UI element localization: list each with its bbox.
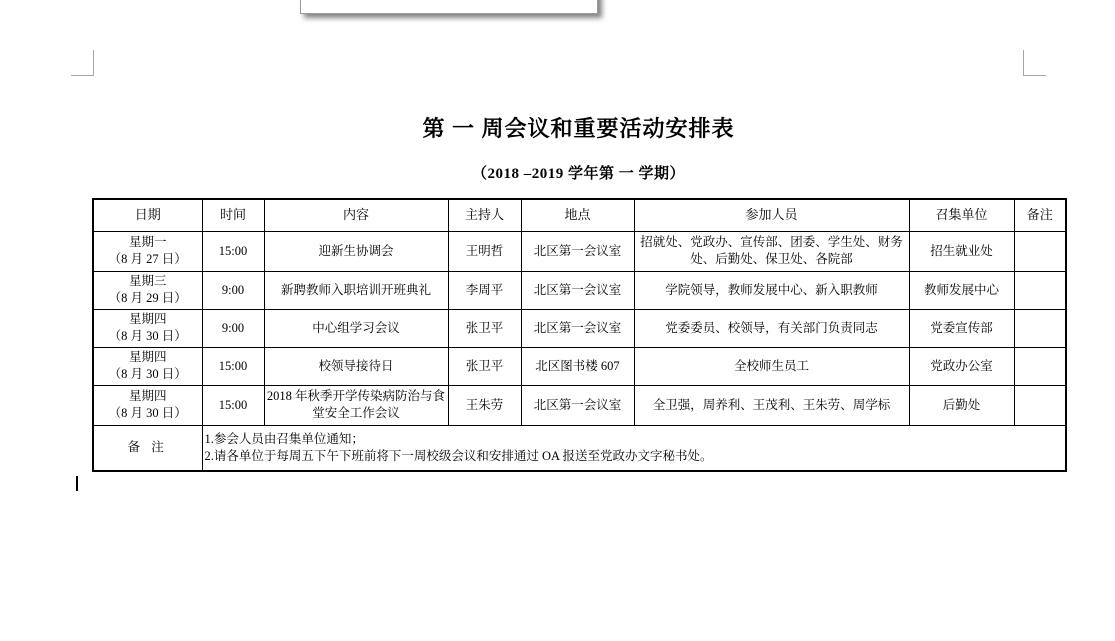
remark-cell[interactable]	[1014, 309, 1066, 347]
header-organizer[interactable]: 召集单位	[909, 199, 1014, 231]
text-cursor	[76, 476, 78, 491]
location-cell[interactable]: 北区第一会议室	[521, 385, 634, 425]
host-cell[interactable]: 王明哲	[448, 231, 521, 271]
margin-crop-mark-left	[71, 50, 94, 76]
date-detail: （8 月 30 日）	[109, 367, 187, 381]
participants-cell[interactable]: 招就处、党政办、宣传部、团委、学生处、财务处、后勤处、保卫处、各院部	[634, 231, 909, 271]
participants-cell[interactable]: 学院领导，教师发展中心、新入职教师	[634, 271, 909, 309]
notes-row: 备 注 1.参会人员由召集单位通知； 2.请各单位于每周五下午下班前将下一周校级…	[93, 425, 1066, 471]
time-cell[interactable]: 15:00	[202, 385, 264, 425]
weekday: 星期四	[129, 350, 167, 364]
location-cell[interactable]: 北区第一会议室	[521, 231, 634, 271]
document-subtitle[interactable]: （2018 –2019 学年第 一 学期）	[92, 162, 1065, 183]
content-cell[interactable]: 中心组学习会议	[264, 309, 448, 347]
remark-cell[interactable]	[1014, 271, 1066, 309]
host-cell[interactable]: 李周平	[448, 271, 521, 309]
table-row: 星期三 （8 月 29 日） 9:00 新聘教师入职培训开班典礼 李周平 北区第…	[93, 271, 1066, 309]
host-cell[interactable]: 王朱劳	[448, 385, 521, 425]
time-cell[interactable]: 9:00	[202, 271, 264, 309]
notes-label-cell[interactable]: 备 注	[93, 425, 202, 471]
table-header-row: 日期 时间 内容 主持人 地点 参加人员 召集单位 备注	[93, 199, 1066, 231]
host-cell[interactable]: 张卫平	[448, 347, 521, 385]
location-cell[interactable]: 北区第一会议室	[521, 309, 634, 347]
date-cell[interactable]: 星期三 （8 月 29 日）	[93, 271, 202, 309]
participants-cell[interactable]: 全卫强，周养利、王茂利、王朱劳、周学标	[634, 385, 909, 425]
date-cell[interactable]: 星期一 （8 月 27 日）	[93, 231, 202, 271]
time-cell[interactable]: 9:00	[202, 309, 264, 347]
document-page[interactable]: { "document": { "title": "第 一 周会议和重要活动安排…	[0, 0, 1115, 641]
content-cell[interactable]: 迎新生协调会	[264, 231, 448, 271]
notes-content-cell[interactable]: 1.参会人员由召集单位通知； 2.请各单位于每周五下午下班前将下一周校级会议和安…	[202, 425, 1066, 471]
location-cell[interactable]: 北区第一会议室	[521, 271, 634, 309]
time-cell[interactable]: 15:00	[202, 231, 264, 271]
date-detail: （8 月 27 日）	[109, 252, 187, 266]
date-cell[interactable]: 星期四 （8 月 30 日）	[93, 309, 202, 347]
header-content[interactable]: 内容	[264, 199, 448, 231]
date-detail: （8 月 29 日）	[109, 291, 187, 305]
date-cell[interactable]: 星期四 （8 月 30 日）	[93, 347, 202, 385]
note-line-2: 2.请各单位于每周五下午下班前将下一周校级会议和安排通过 OA 报送至党政办文字…	[205, 448, 1064, 465]
time-cell[interactable]: 15:00	[202, 347, 264, 385]
organizer-cell[interactable]: 招生就业处	[909, 231, 1014, 271]
header-date[interactable]: 日期	[93, 199, 202, 231]
header-host[interactable]: 主持人	[448, 199, 521, 231]
weekday: 星期四	[129, 389, 167, 403]
participants-cell[interactable]: 党委委员、校领导，有关部门负责同志	[634, 309, 909, 347]
host-cell[interactable]: 张卫平	[448, 309, 521, 347]
weekday: 星期一	[129, 235, 167, 249]
header-time[interactable]: 时间	[202, 199, 264, 231]
content-cell[interactable]: 新聘教师入职培训开班典礼	[264, 271, 448, 309]
remark-cell[interactable]	[1014, 385, 1066, 425]
header-remark[interactable]: 备注	[1014, 199, 1066, 231]
location-cell[interactable]: 北区图书楼 607	[521, 347, 634, 385]
weekday: 星期三	[129, 274, 167, 288]
table-row: 星期四 （8 月 30 日） 9:00 中心组学习会议 张卫平 北区第一会议室 …	[93, 309, 1066, 347]
header-location[interactable]: 地点	[521, 199, 634, 231]
content-cell[interactable]: 校领导接待日	[264, 347, 448, 385]
margin-crop-mark-right	[1023, 50, 1046, 76]
table-row: 星期四 （8 月 30 日） 15:00 校领导接待日 张卫平 北区图书楼 60…	[93, 347, 1066, 385]
table-row: 星期四 （8 月 30 日） 15:00 2018 年秋季开学传染病防治与食堂安…	[93, 385, 1066, 425]
note-line-1: 1.参会人员由召集单位通知；	[205, 431, 1064, 448]
schedule-table[interactable]: 日期 时间 内容 主持人 地点 参加人员 召集单位 备注 星期一 （8 月 27…	[92, 198, 1067, 472]
date-detail: （8 月 30 日）	[109, 329, 187, 343]
weekday: 星期四	[129, 312, 167, 326]
document-title[interactable]: 第 一 周会议和重要活动安排表	[92, 112, 1065, 143]
window-fragment[interactable]	[300, 0, 598, 14]
organizer-cell[interactable]: 党政办公室	[909, 347, 1014, 385]
date-cell[interactable]: 星期四 （8 月 30 日）	[93, 385, 202, 425]
remark-cell[interactable]	[1014, 231, 1066, 271]
header-participants[interactable]: 参加人员	[634, 199, 909, 231]
table-row: 星期一 （8 月 27 日） 15:00 迎新生协调会 王明哲 北区第一会议室 …	[93, 231, 1066, 271]
organizer-cell[interactable]: 党委宣传部	[909, 309, 1014, 347]
participants-cell[interactable]: 全校师生员工	[634, 347, 909, 385]
content-cell[interactable]: 2018 年秋季开学传染病防治与食堂安全工作会议	[264, 385, 448, 425]
remark-cell[interactable]	[1014, 347, 1066, 385]
organizer-cell[interactable]: 教师发展中心	[909, 271, 1014, 309]
date-detail: （8 月 30 日）	[109, 406, 187, 420]
organizer-cell[interactable]: 后勤处	[909, 385, 1014, 425]
